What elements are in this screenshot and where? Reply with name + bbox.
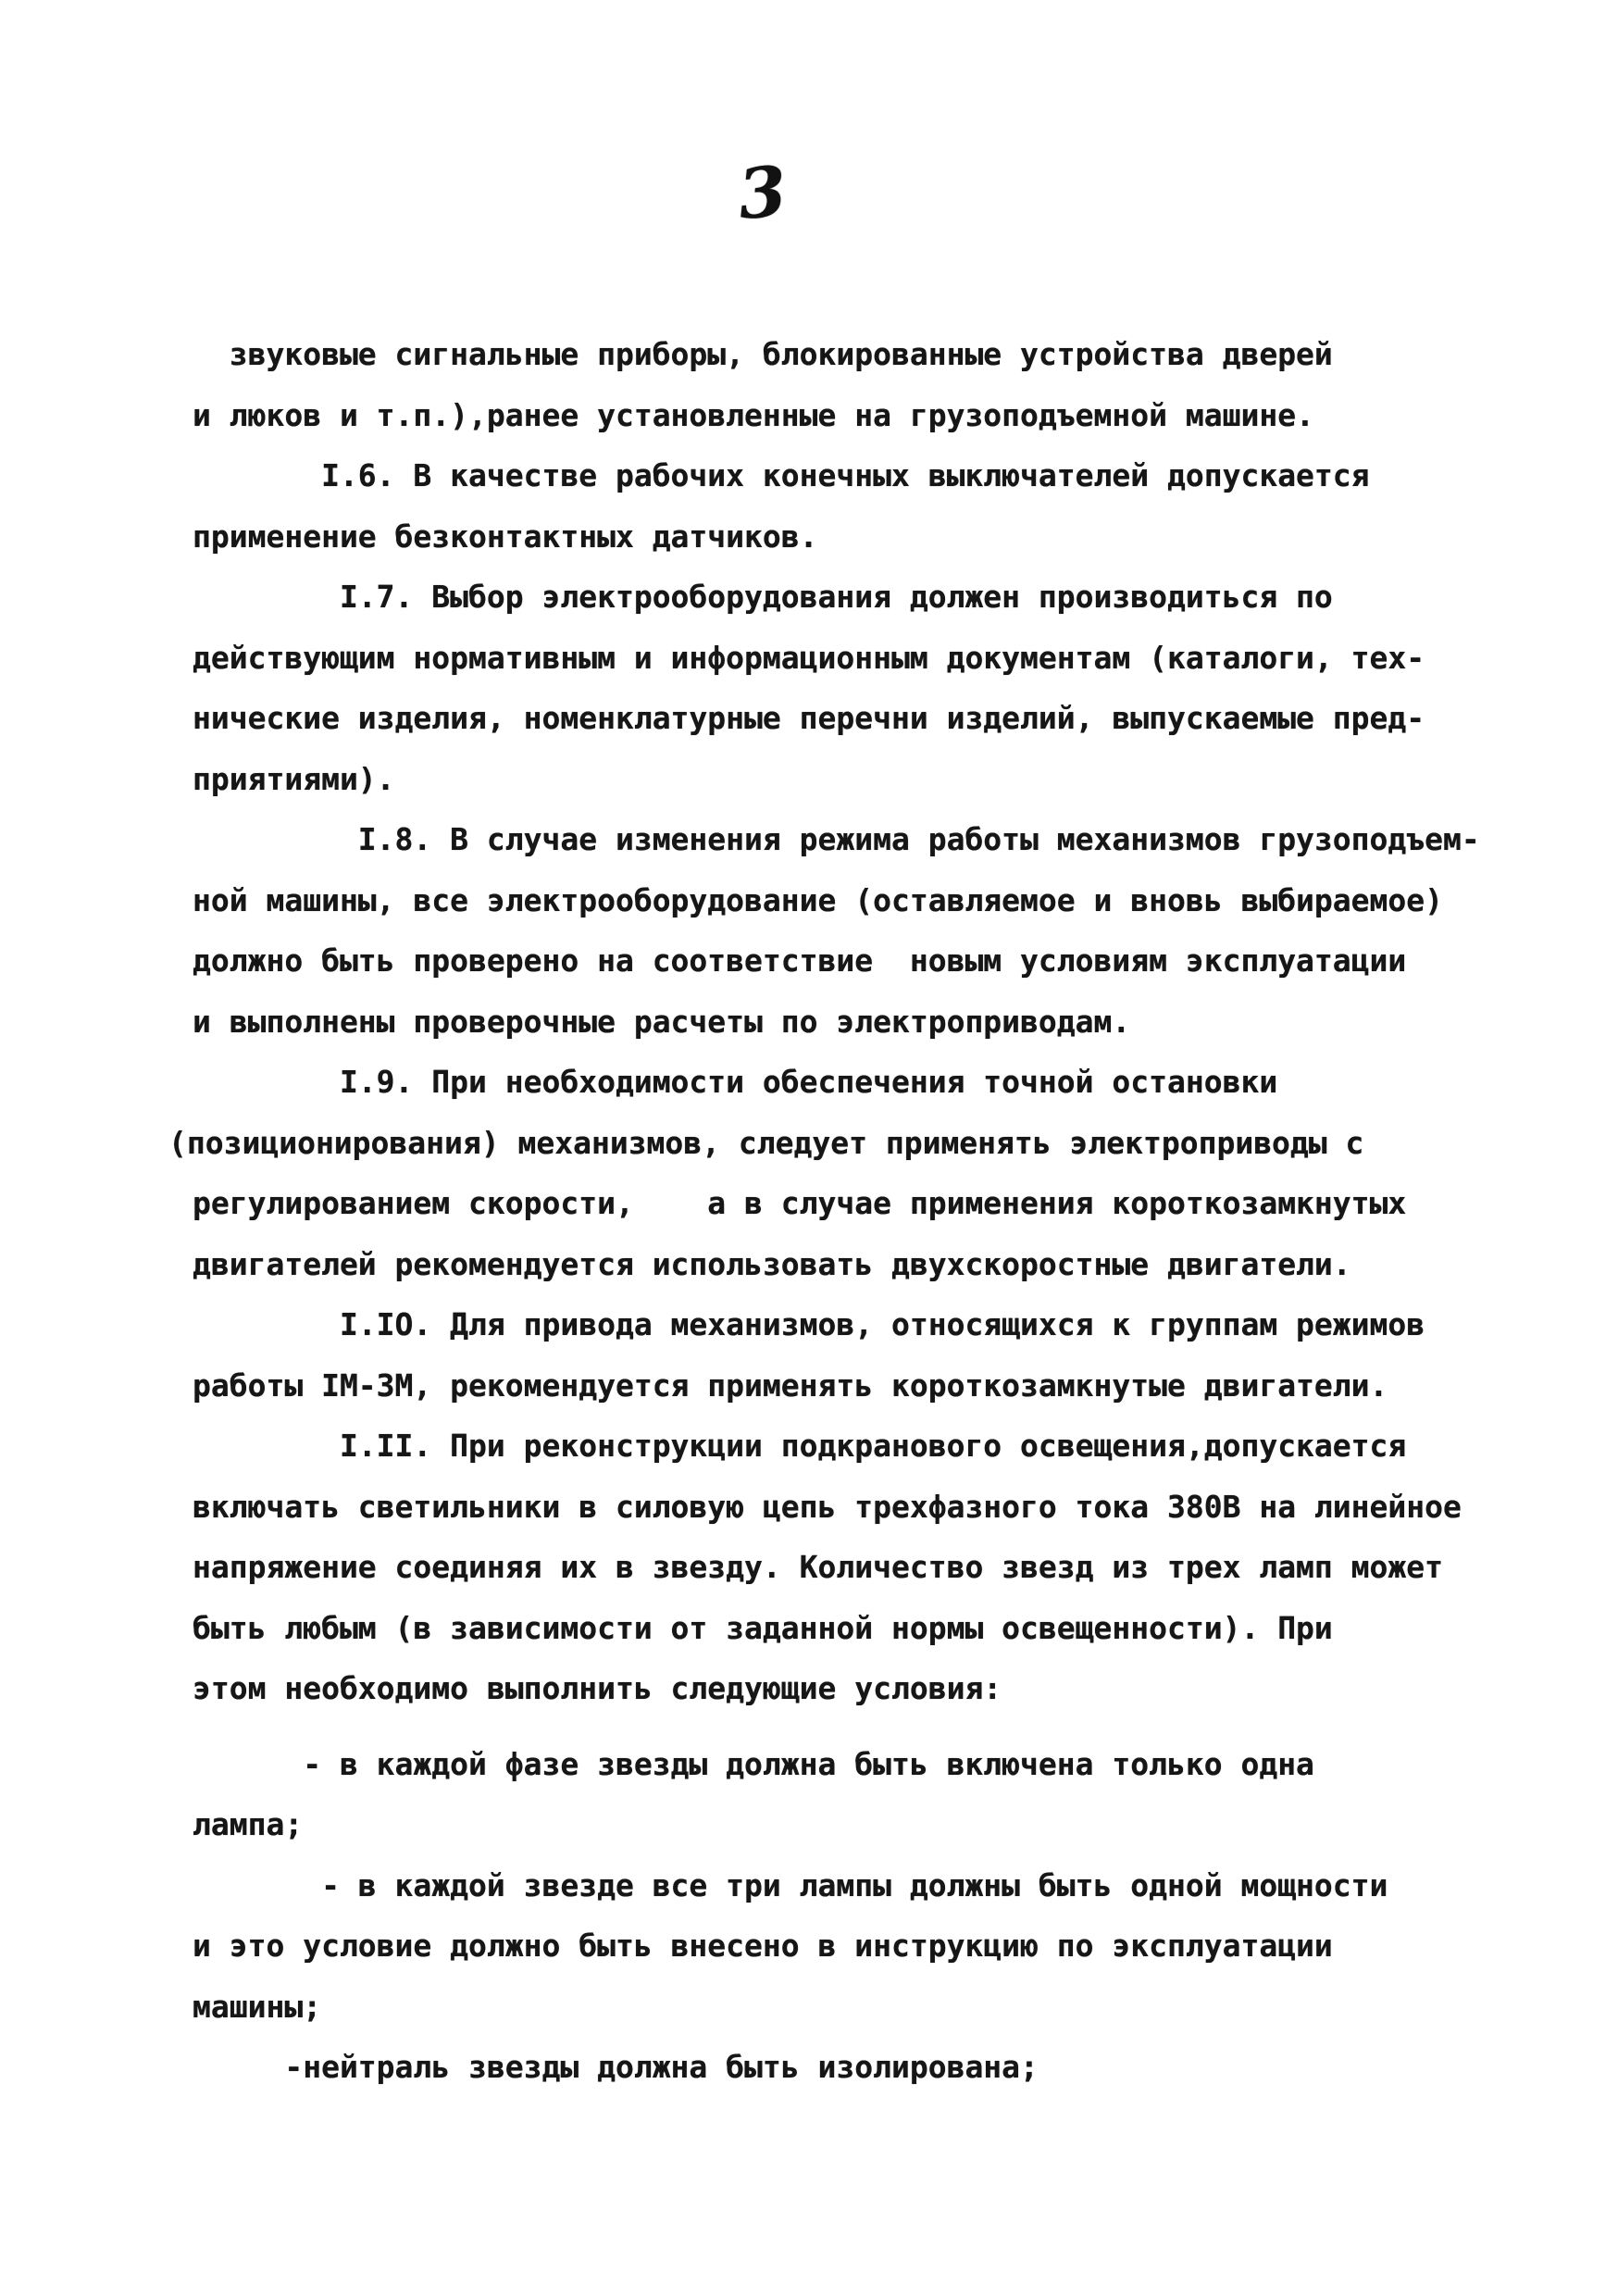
text-line: приятиями).	[193, 749, 1480, 810]
text-line: - в каждой фазе звезды должна быть включ…	[193, 1734, 1480, 1795]
text-line: (позиционирования) механизмов, следует п…	[168, 1113, 1480, 1174]
text-line: I.8. В случае изменения режима работы ме…	[193, 809, 1480, 870]
text-line: I.7. Выбор электрооборудования должен пр…	[193, 567, 1480, 628]
text-line: напряжение соединяя их в звезду. Количес…	[193, 1537, 1480, 1598]
text-line: -нейтраль звезды должна быть изолирована…	[193, 2037, 1480, 2098]
text-line: и выполнены проверочные расчеты по элект…	[193, 992, 1480, 1053]
text-line: и люков и т.п.),ранее установленные на г…	[193, 385, 1480, 446]
text-line: I.6. В качестве рабочих конечных выключа…	[193, 445, 1480, 506]
page-number: 3	[736, 157, 790, 230]
text-line: быть любым (в зависимости от заданной но…	[193, 1598, 1480, 1659]
text-line: I.IO. Для привода механизмов, относящихс…	[193, 1294, 1480, 1355]
text-line: работы IМ-3М, рекомендуется применять ко…	[193, 1355, 1480, 1416]
text-line: и это условие должно быть внесено в инст…	[193, 1915, 1480, 1977]
text-line: ной машины, все электрооборудование (ост…	[193, 870, 1480, 931]
text-line: I.II. При реконструкции подкранового осв…	[193, 1416, 1480, 1477]
text-line: I.9. При необходимости обеспечения точно…	[193, 1052, 1480, 1113]
document-body: звуковые сигнальные приборы, блокированн…	[193, 324, 1480, 2098]
text-line: включать светильники в силовую цепь трех…	[193, 1477, 1480, 1538]
scanned-document-page: 3 звуковые сигнальные приборы, блокирова…	[0, 0, 1618, 2296]
text-line: машины;	[193, 1977, 1480, 2038]
text-line: регулированием скорости, а в случае прим…	[193, 1173, 1480, 1234]
text-line: двигателей рекомендуется использовать дв…	[193, 1234, 1480, 1295]
text-line: - в каждой звезде все три лампы должны б…	[193, 1855, 1480, 1916]
text-line: нические изделия, номенклатурные перечни…	[193, 688, 1480, 749]
text-line: применение безконтактных датчиков.	[193, 506, 1480, 568]
text-line: этом необходимо выполнить следующие усло…	[193, 1658, 1480, 1719]
text-line: действующим нормативным и информационным…	[193, 628, 1480, 689]
text-line: должно быть проверено на соответствие но…	[193, 930, 1480, 992]
text-line: лампа;	[193, 1794, 1480, 1855]
text-line: звуковые сигнальные приборы, блокированн…	[193, 324, 1480, 385]
